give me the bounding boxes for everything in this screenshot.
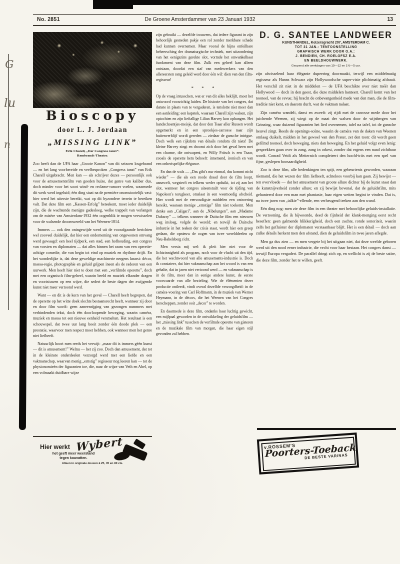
ad-wybert-tagline: tegen kouvatten. xyxy=(36,456,111,460)
ad-rossem-poorters-toeback: v.ROSSEM'S Poorters-Toeback DE BESTE VAR… xyxy=(257,433,359,475)
section-divider: * * * xyxy=(156,85,253,92)
paragraph: zijn gebruikt — dezelfde trouwens, dat i… xyxy=(156,32,253,83)
paragraph: En dan de wals — „Das gibt's nur einmal,… xyxy=(156,169,253,242)
paragraph: Zoo heeft dan de UFA haar „Groote Kanon”… xyxy=(33,161,152,225)
film-credit-lines: Erik Charell, „Der Congress tanzt”. Remb… xyxy=(33,149,152,158)
paragraph: Natuurlijk hoort men reeds het verwijt: … xyxy=(33,341,152,376)
paragraph: Eén ding nog: men zie deze film in een t… xyxy=(256,206,396,237)
paragraph: Men ga dus zien — en men vergete bij het… xyxy=(256,239,396,264)
ad-rossem-rule xyxy=(257,428,396,430)
article-title: Bioscopy xyxy=(33,109,152,124)
ad-wybert-lead: Hier werkt xyxy=(40,444,70,451)
article-column-2: zijn gebruikt — dezelfde trouwens, dat i… xyxy=(156,32,253,473)
ad-wybert-rule xyxy=(33,436,152,437)
paragraph: Op de vraag intusschen, wat er van dit a… xyxy=(156,93,253,166)
review-film-title: „MISSING LINK” xyxy=(33,137,152,147)
masthead: De Groene Amsterdammer van 23 Januari 19… xyxy=(0,17,400,23)
film-still-photo xyxy=(33,32,152,108)
paragraph: zijn afwisselend haar élégante dupeering… xyxy=(256,71,396,108)
article-column-3: zijn afwisselend haar élégante dupeering… xyxy=(256,71,396,425)
paragraph: Men versta mij wel: ik pleit hier niet v… xyxy=(156,244,253,306)
handwritten-mark: lu xyxy=(4,96,16,110)
header-rule-top xyxy=(33,14,396,15)
scan-edge-top-step xyxy=(93,5,133,9)
scan-edge-top-bar xyxy=(93,0,400,5)
paragraph: Immers — ook den oningewijde werd uit de… xyxy=(33,227,152,291)
ad-santee-hours: Geopend alle werkdagen van 10—12 en 1½—5… xyxy=(256,64,396,67)
wybert-product-illustration xyxy=(114,439,152,467)
page-number: 13 xyxy=(387,17,393,23)
paragraph: Zijn caméra wandelt, danst en zweeft: zi… xyxy=(256,110,396,165)
paragraph: Zoo is deze film, alle bedenkingen ten s… xyxy=(256,167,396,204)
handwritten-mark: G xyxy=(5,58,14,71)
credit-line: Rembrandt-Theater. xyxy=(33,154,152,159)
ad-santee-address: KUNSTHANDEL, Keizersgracht 207, AMSTERDA… xyxy=(256,41,396,45)
paragraph: En daarmede is deze film, ondanks haar l… xyxy=(156,308,253,336)
article-column-1: Zoo heeft dan de UFA haar „Groote Kanon”… xyxy=(33,161,152,435)
scan-edge-left-line xyxy=(8,54,9,310)
binding-shadow-strip xyxy=(19,124,28,430)
ad-santee-name: D. G. SANTEE LANDWEER xyxy=(256,30,396,40)
illustration-shape xyxy=(113,450,131,462)
handwritten-mark: n xyxy=(4,140,10,151)
paragraph: Want — en dit is de kern van het geval —… xyxy=(33,293,152,339)
header-rule-bottom xyxy=(33,25,396,26)
ad-santee-line: EN BEELDHOUWWERK. xyxy=(256,59,396,63)
ad-rossem-border: v.ROSSEM'S Poorters-Toeback DE BESTE VAR… xyxy=(261,436,356,470)
newspaper-page-scan: G lu n No. 2851 De Groene Amsterdammer v… xyxy=(0,0,400,564)
article-byline: door L. J. Jordaan xyxy=(33,126,152,134)
